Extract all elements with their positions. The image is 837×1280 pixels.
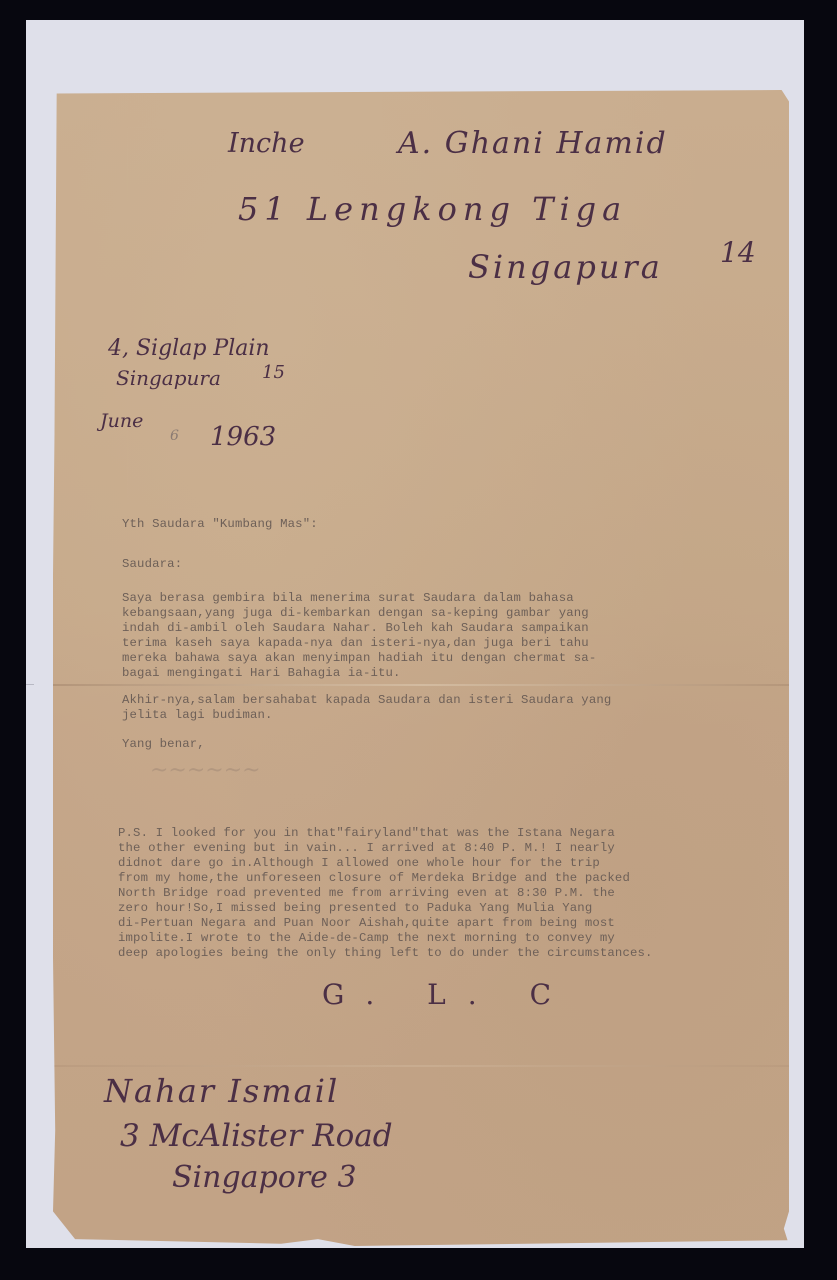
- postscript-line: impolite.I wrote to the Aide-de-Camp the…: [118, 931, 615, 946]
- handwritten-initials: G. L. C: [322, 978, 573, 1011]
- postscript-line: zero hour!So,I missed being presented to…: [118, 901, 592, 916]
- date-month: June: [100, 410, 143, 432]
- postscript-line: from my home,the unforeseen closure of M…: [118, 871, 630, 886]
- postscript-line: di-Pertuan Negara and Puan Noor Aishah,q…: [118, 916, 615, 931]
- recipient-postcode: 14: [720, 236, 756, 269]
- postscript-line: deep apologies being the only thing left…: [118, 946, 653, 961]
- bottom-address-name: Nahar Ismail: [104, 1072, 339, 1110]
- sender-postcode: 15: [262, 362, 285, 383]
- paper-fold-line: [53, 684, 789, 686]
- date-year: 1963: [210, 422, 276, 452]
- paragraph-line: Akhir-nya,salam bersahabat kapada Saudar…: [122, 693, 611, 708]
- paragraph-line: mereka bahawa saya akan menyimpan hadiah…: [122, 651, 596, 666]
- backing-seam: [26, 684, 34, 685]
- faint-signature: ~~~~~~: [150, 758, 261, 783]
- recipient-name: A. Ghani Hamid: [398, 126, 668, 161]
- bottom-address-city: Singapore 3: [172, 1160, 357, 1195]
- postscript-line: North Bridge road prevented me from arri…: [118, 886, 615, 901]
- paragraph-line: kebangsaan,yang juga di-kembarkan dengan…: [122, 606, 589, 621]
- paper-fold-line: [53, 1065, 789, 1067]
- date-day: 6: [170, 428, 179, 444]
- paragraph-line: terima kaseh saya kapada-nya dan isteri-…: [122, 636, 589, 651]
- sender-city: Singapura: [116, 366, 221, 390]
- recipient-title: Inche: [228, 128, 305, 159]
- letter-closing: Yang benar,: [122, 737, 205, 752]
- postscript-line: P.S. I looked for you in that"fairyland"…: [118, 826, 615, 841]
- sender-street: 4, Siglap Plain: [108, 336, 270, 361]
- postscript-line: the other evening but in vain... I arriv…: [118, 841, 615, 856]
- letter-salutation-heading: Yth Saudara "Kumbang Mas":: [122, 517, 318, 532]
- paragraph-line: indah di-ambil oleh Saudara Nahar. Boleh…: [122, 621, 589, 636]
- paragraph-line: bagai mengingati Hari Bahagia ia-itu.: [122, 666, 401, 681]
- postscript-line: didnot dare go in.Although I allowed one…: [118, 856, 600, 871]
- paragraph-line: Saya berasa gembira bila menerima surat …: [122, 591, 574, 606]
- letter-greeting: Saudara:: [122, 557, 182, 572]
- bottom-address-street: 3 McAlister Road: [120, 1118, 393, 1154]
- recipient-city: Singapura: [468, 248, 663, 286]
- paragraph-line: jelita lagi budiman.: [122, 708, 273, 723]
- recipient-street: 51 Lengkong Tiga: [238, 190, 627, 228]
